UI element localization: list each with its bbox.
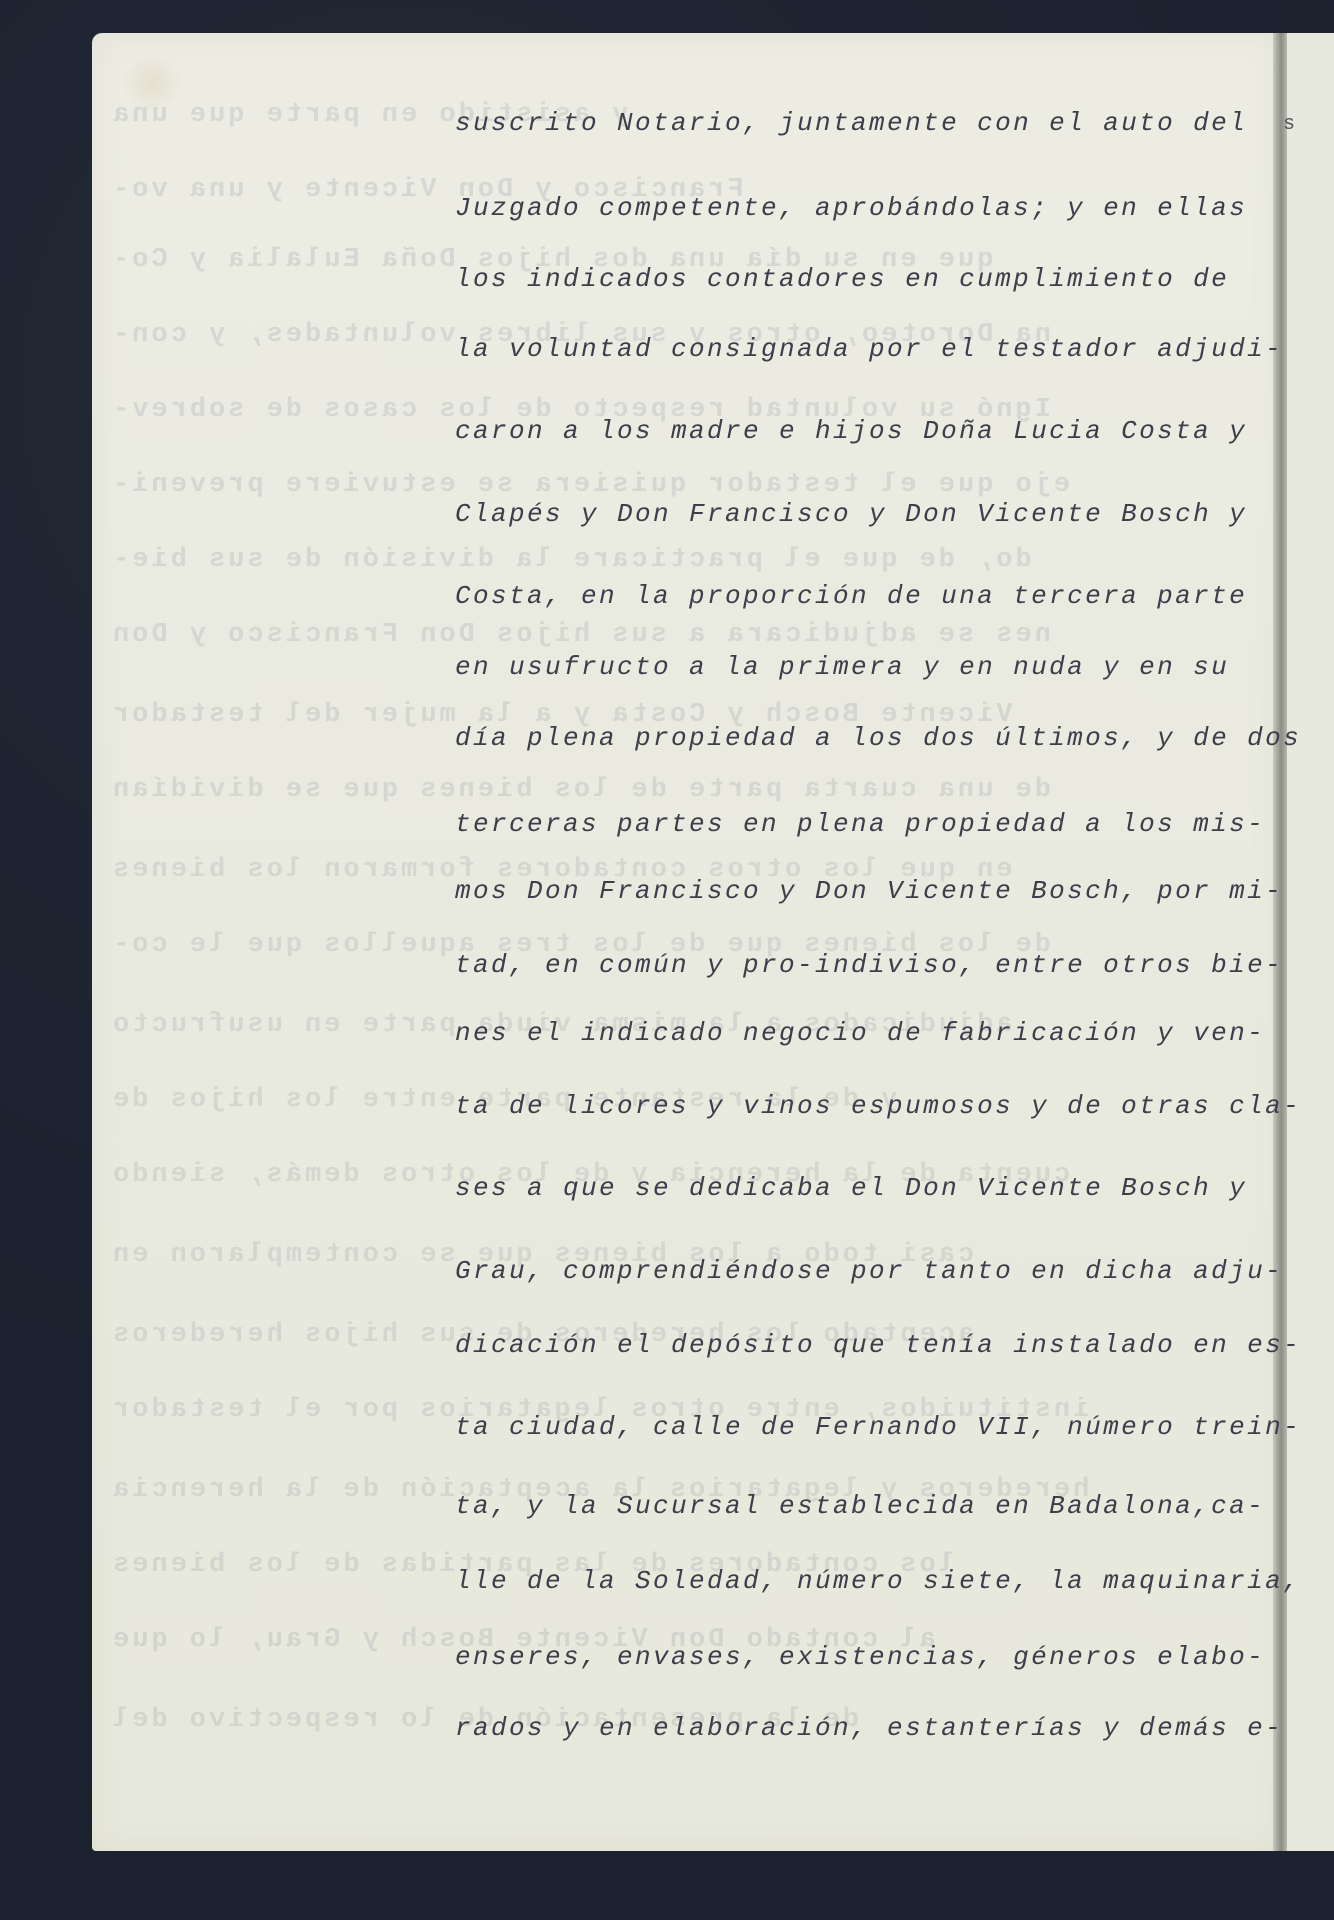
text-line: nes el indicado negocio de fabricación y… [455, 1018, 1265, 1048]
text-line: tad, en común y pro-indiviso, entre otro… [455, 950, 1283, 980]
text-line: mos Don Francisco y Don Vicente Bosch, p… [455, 876, 1283, 906]
text-line: la voluntad consignada por el testador a… [455, 334, 1283, 364]
text-line: rados y en elaboración, estanterías y de… [455, 1713, 1283, 1743]
text-line: enseres, envases, existencias, géneros e… [455, 1642, 1265, 1672]
text-line: día plena propiedad a los dos últimos, y… [455, 723, 1301, 753]
text-line: terceras partes en plena propiedad a los… [455, 809, 1265, 839]
text-line: ta ciudad, calle de Fernando VII, número… [455, 1412, 1301, 1442]
text-line: Juzgado competente, aprobándolas; y en e… [455, 193, 1247, 223]
text-line: Grau, comprendiéndose por tanto en dicha… [455, 1256, 1283, 1286]
text-line: Costa, en la proporción de una tercera p… [455, 581, 1247, 611]
text-line: caron a los madre e hijos Doña Lucia Cos… [455, 416, 1247, 446]
text-line: ses a que se dedicaba el Don Vicente Bos… [455, 1173, 1247, 1203]
text-line: Clapés y Don Francisco y Don Vicente Bos… [455, 499, 1247, 529]
text-line: dicación el depósito que tenía instalado… [455, 1330, 1301, 1360]
typed-text-block: suscrito Notario, juntamente con el auto… [0, 0, 1334, 1920]
text-line: en usufructo a la primera y en nuda y en… [455, 652, 1229, 682]
text-line: lle de la Soledad, número siete, la maqu… [455, 1566, 1301, 1596]
text-line: los indicados contadores en cumplimiento… [455, 264, 1229, 294]
text-line: suscrito Notario, juntamente con el auto… [455, 108, 1247, 138]
text-line: ta, y la Sucursal establecida en Badalon… [455, 1491, 1265, 1521]
text-line: ta de licores y vinos espumosos y de otr… [455, 1091, 1301, 1121]
